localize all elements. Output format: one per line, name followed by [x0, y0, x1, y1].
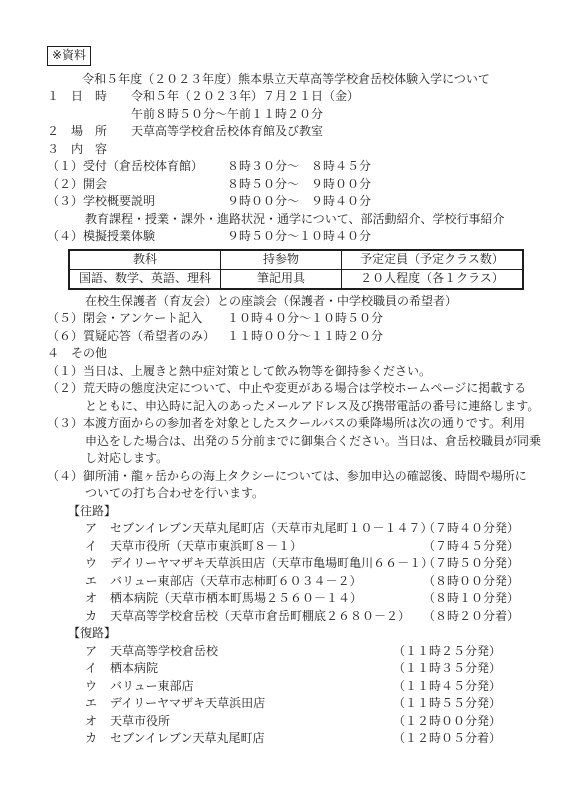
section-label: その他 — [71, 345, 107, 363]
section-label: 内 容 — [71, 141, 131, 159]
schedule-label: （６）質疑応答（希望者のみ） — [47, 328, 227, 346]
stop-time: （７時５０分発） — [423, 555, 519, 573]
outbound-stop: アセブンイレブン天草丸尾町店（天草市丸尾町１０－１４７） （７時４０分発） — [85, 520, 525, 538]
stop-time: （８時００分発） — [423, 573, 519, 591]
return-stop: ア天草高等学校倉岳校 （１１時２５分発） — [85, 643, 525, 661]
section-datetime: １ 日 時 令和５年（２０２３年）７月２１日（金） — [47, 88, 525, 106]
place-value: 天草高等学校倉岳校体育館及び教室 — [131, 123, 323, 141]
stop-name: セブンイレブン天草丸尾町店 — [110, 731, 264, 745]
stop-kana: ウ — [85, 555, 110, 573]
schedule-time: １０時４０分～１０時５０分 — [227, 310, 383, 328]
stop-kana: イ — [85, 660, 110, 678]
reference-tag: ※資料 — [47, 46, 91, 66]
outbound-stop: エバリュー東部店（天草市志柿町６０３４－２） （８時００分発） — [85, 573, 525, 591]
table-cell-capacity: ２０人程度（各１クラス） — [342, 269, 524, 289]
table-header-items: 持参物 — [221, 250, 342, 270]
stop-time: （１１時３５分発） — [393, 660, 501, 678]
section-number: ３ — [47, 141, 71, 159]
stop-kana: オ — [85, 713, 110, 731]
section-contents: ３ 内 容 — [47, 141, 525, 159]
stop-name: 栖本病院（天草市栖本町馬場２５６０－１４） — [110, 591, 362, 605]
schedule-item-4: （４）模擬授業体験 ９時５０分～１０時４０分 — [47, 228, 525, 246]
other-note-1: （１）当日は、上履きと熱中症対策として飲み物等を御持参ください。 — [47, 363, 525, 381]
mock-lesson-table: 教科 持参物 予定定員（予定クラス数） 国語、数学、英語、理科 筆記用具 ２０人… — [68, 249, 524, 290]
schedule-item-6: （６）質疑応答（希望者のみ） １１時００分～１１時２０分 — [47, 328, 525, 346]
stop-name: セブンイレブン天草丸尾町店（天草市丸尾町１０－１４７） — [110, 521, 432, 535]
table-cell-items: 筆記用具 — [221, 269, 342, 289]
stop-kana: カ — [85, 730, 110, 748]
stop-name: デイリーヤマザキ天草浜田店 — [110, 696, 265, 710]
stop-time: （８時１０分発） — [423, 590, 519, 608]
schedule-label: （４）模擬授業体験 — [47, 228, 227, 246]
other-note-3-line2: 申込をした場合は、出発の５分前までに御集合ください。当日は、倉岳校職員が同乗 — [85, 433, 525, 451]
other-note-4-line2: ついての打ち合わせを行います。 — [85, 485, 525, 503]
table-cell-subject: 国語、数学、英語、理科 — [69, 269, 221, 289]
document-page: ※資料 令和５年度（２０２３年度）熊本県立天草高等学校倉岳校体験入学について １… — [0, 0, 566, 748]
return-stop: ウバリュー東部店 （１１時４５分発） — [85, 678, 525, 696]
stop-name: 栖本病院 — [110, 661, 158, 675]
schedule-time: ８時５０分～ ９時００分 — [227, 176, 371, 194]
stop-name: バリュー東部店 — [110, 679, 194, 693]
section-place: ２ 場 所 天草高等学校倉岳校体育館及び教室 — [47, 123, 525, 141]
stop-kana: ア — [85, 643, 110, 661]
stop-time: （８時２０分着） — [423, 608, 519, 626]
stop-name: 天草高等学校倉岳校 — [110, 644, 218, 658]
outbound-stop: オ栖本病院（天草市栖本町馬場２５６０－１４） （８時１０分発） — [85, 590, 525, 608]
datetime-value: 令和５年（２０２３年）７月２１日（金） — [131, 88, 359, 106]
schedule-label: （５）閉会・アンケート記入 — [47, 310, 227, 328]
return-stop: オ天草市役所 （１２時００分発） — [85, 713, 525, 731]
schedule-item-3-detail: 教育課程・授業・課外・進路状況・通学について、部活動紹介、学校行事紹介 — [85, 211, 525, 229]
schedule-time: ８時３０分～ ８時４５分 — [227, 158, 371, 176]
section-label: 日 時 — [71, 88, 131, 106]
stop-name: 天草市役所 — [110, 714, 170, 728]
stop-name: バリュー東部店（天草市志柿町６０３４－２） — [110, 574, 362, 588]
table-row: 国語、数学、英語、理科 筆記用具 ２０人程度（各１クラス） — [69, 269, 523, 289]
section-label: 場 所 — [71, 123, 131, 141]
section-others: ４ その他 — [47, 345, 525, 363]
outbound-route-heading: 【往路】 — [68, 503, 525, 521]
return-stop: イ栖本病院 （１１時３５分発） — [85, 660, 525, 678]
schedule-label: （２）開会 — [47, 176, 227, 194]
schedule-time: ９時００分～ ９時４０分 — [227, 193, 371, 211]
section-number: １ — [47, 88, 71, 106]
other-note-3-line1: （３）本渡方面からの参加者を対象としたスクールバスの乗降場所は次の通りです。利用 — [47, 415, 525, 433]
schedule-label: （３）学校概要説明 — [47, 193, 227, 211]
stop-kana: ア — [85, 520, 110, 538]
table-header-row: 教科 持参物 予定定員（予定クラス数） — [69, 250, 523, 270]
stop-kana: オ — [85, 590, 110, 608]
stop-name: 天草高等学校倉岳校（天草市倉岳町棚底２６８０－２） — [110, 609, 410, 623]
schedule-item-2: （２）開会 ８時５０分～ ９時００分 — [47, 176, 525, 194]
stop-kana: ウ — [85, 678, 110, 696]
stop-name: 天草市役所（天草市東浜町８－１） — [110, 539, 302, 553]
stop-time: （１２時００分発） — [393, 713, 501, 731]
other-note-3-line3: し対応します。 — [85, 450, 525, 468]
stop-time: （１１時２５分発） — [393, 643, 501, 661]
other-note-2-line2: とともに、申込時に記入のあったメールアドレス及び携帯電話の番号に連絡します。 — [85, 398, 525, 416]
stop-time: （１１時４５分発） — [393, 678, 501, 696]
return-stop: エデイリーヤマザキ天草浜田店 （１１時５５分発） — [85, 695, 525, 713]
stop-time: （７時４０分発） — [423, 520, 519, 538]
stop-name: デイリーヤマザキ天草浜田店（天草市亀場町亀川６６－１） — [110, 556, 433, 570]
stop-kana: イ — [85, 538, 110, 556]
outbound-stop: カ天草高等学校倉岳校（天草市倉岳町棚底２６８０－２） （８時２０分着） — [85, 608, 525, 626]
document-title: 令和５年度（２０２３年度）熊本県立天草高等学校倉岳校体験入学について — [47, 71, 525, 89]
return-stop: カセブンイレブン天草丸尾町店 （１２時０５分着） — [85, 730, 525, 748]
outbound-stop: イ天草市役所（天草市東浜町８－１） （７時４５分発） — [85, 538, 525, 556]
section-number: ２ — [47, 123, 71, 141]
datetime-value-line2: 午前８時５０分～午前１１時２０分 — [131, 106, 525, 124]
table-header-capacity: 予定定員（予定クラス数） — [342, 250, 524, 270]
schedule-time: ９時５０分～１０時４０分 — [227, 228, 371, 246]
schedule-label: （１）受付（倉岳校体育館） — [47, 158, 227, 176]
stop-kana: カ — [85, 608, 110, 626]
stop-kana: エ — [85, 573, 110, 591]
schedule-item-3: （３）学校概要説明 ９時００分～ ９時４０分 — [47, 193, 525, 211]
schedule-item-5: （５）閉会・アンケート記入 １０時４０分～１０時５０分 — [47, 310, 525, 328]
other-note-2-line1: （２）荒天時の態度決定について、中止や変更がある場合は学校ホームページに掲載する — [47, 380, 525, 398]
stop-time: （７時４５分発） — [423, 538, 519, 556]
outbound-stop: ウデイリーヤマザキ天草浜田店（天草市亀場町亀川６６－１） （７時５０分発） — [85, 555, 525, 573]
other-note-4-line1: （４）御所浦・龍ヶ岳からの海上タクシーについては、参加申込の確認後、時間や場所に — [47, 468, 525, 486]
section-number: ４ — [47, 345, 71, 363]
table-header-subject: 教科 — [69, 250, 221, 270]
schedule-item-1: （１）受付（倉岳校体育館） ８時３０分～ ８時４５分 — [47, 158, 525, 176]
table-note: 在校生保護者（育友会）との座談会（保護者・中学校職員の希望者） — [85, 293, 525, 311]
schedule-time: １１時００分～１１時２０分 — [227, 328, 383, 346]
stop-time: （１２時０５分着） — [393, 730, 501, 748]
stop-kana: エ — [85, 695, 110, 713]
return-route-heading: 【復路】 — [68, 625, 525, 643]
stop-time: （１１時５５分発） — [393, 695, 501, 713]
